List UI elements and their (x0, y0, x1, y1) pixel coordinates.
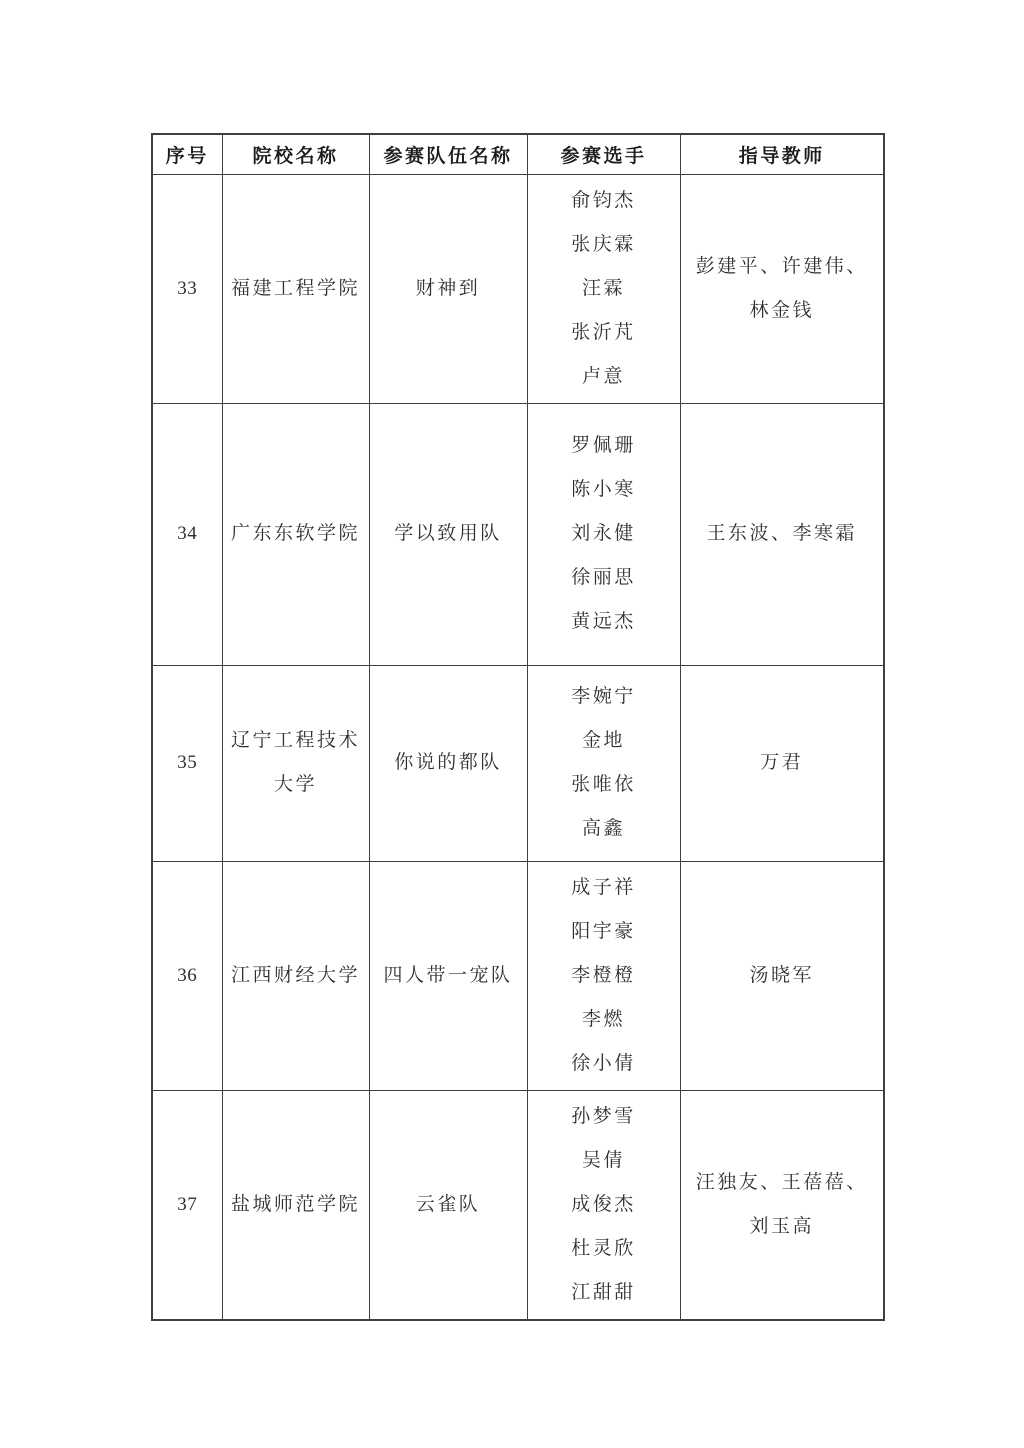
header-players: 参赛选手 (527, 134, 680, 174)
cell-team: 学以致用队 (369, 403, 527, 665)
cell-line: 王东波、李寒霜 (683, 512, 882, 556)
cell-line: 黄远杰 (530, 600, 678, 644)
cell-team: 你说的都队 (369, 665, 527, 861)
cell-line: 37 (155, 1183, 220, 1227)
cell-teachers: 汤晓军 (680, 861, 884, 1090)
cell-line: 陈小寒 (530, 468, 678, 512)
cell-players: 孙梦雪吴倩成俊杰杜灵欣江甜甜 (527, 1090, 680, 1320)
header-index: 序号 (152, 134, 222, 174)
cell-line: 万君 (683, 741, 882, 785)
cell-line: 四人带一宠队 (372, 954, 525, 998)
cell-team: 四人带一宠队 (369, 861, 527, 1090)
cell-team: 财神到 (369, 174, 527, 403)
cell-school: 广东东软学院 (222, 403, 369, 665)
cell-line: 俞钧杰 (530, 179, 678, 223)
cell-players: 俞钧杰张庆霖汪霖张沂芃卢意 (527, 174, 680, 403)
header-team: 参赛队伍名称 (369, 134, 527, 174)
cell-line: 张庆霖 (530, 223, 678, 267)
cell-line: 云雀队 (372, 1183, 525, 1227)
header-school: 院校名称 (222, 134, 369, 174)
cell-line: 福建工程学院 (225, 267, 367, 311)
cell-line: 高鑫 (530, 807, 678, 851)
cell-line: 李燃 (530, 998, 678, 1042)
cell-line: 34 (155, 512, 220, 556)
cell-index: 34 (152, 403, 222, 665)
cell-line: 吴倩 (530, 1139, 678, 1183)
cell-line: 辽宁工程技术 (225, 719, 367, 763)
cell-line: 金地 (530, 719, 678, 763)
cell-line: 大学 (225, 763, 367, 807)
cell-line: 广东东软学院 (225, 512, 367, 556)
cell-line: 35 (155, 741, 220, 785)
roster-table-container: 序号 院校名称 参赛队伍名称 参赛选手 指导教师 33福建工程学院财神到俞钧杰张… (151, 133, 883, 1321)
cell-index: 36 (152, 861, 222, 1090)
cell-players: 罗佩珊陈小寒刘永健徐丽思黄远杰 (527, 403, 680, 665)
header-teachers: 指导教师 (680, 134, 884, 174)
cell-teachers: 彭建平、许建伟、林金钱 (680, 174, 884, 403)
cell-index: 35 (152, 665, 222, 861)
table-header: 序号 院校名称 参赛队伍名称 参赛选手 指导教师 (152, 134, 884, 174)
cell-line: 汤晓军 (683, 954, 882, 998)
cell-line: 李婉宁 (530, 675, 678, 719)
cell-line: 张沂芃 (530, 311, 678, 355)
cell-line: 杜灵欣 (530, 1227, 678, 1271)
cell-line: 林金钱 (683, 289, 882, 333)
cell-line: 刘玉高 (683, 1205, 882, 1249)
cell-line: 学以致用队 (372, 512, 525, 556)
cell-index: 33 (152, 174, 222, 403)
cell-line: 彭建平、许建伟、 (683, 245, 882, 289)
cell-line: 盐城师范学院 (225, 1183, 367, 1227)
cell-team: 云雀队 (369, 1090, 527, 1320)
table-row: 36江西财经大学四人带一宠队成子祥阳宇豪李橙橙李燃徐小倩汤晓军 (152, 861, 884, 1090)
cell-line: 徐丽思 (530, 556, 678, 600)
cell-players: 成子祥阳宇豪李橙橙李燃徐小倩 (527, 861, 680, 1090)
cell-line: 刘永健 (530, 512, 678, 556)
cell-line: 孙梦雪 (530, 1095, 678, 1139)
cell-line: 汪霖 (530, 267, 678, 311)
document-page: 序号 院校名称 参赛队伍名称 参赛选手 指导教师 33福建工程学院财神到俞钧杰张… (0, 0, 1024, 1448)
roster-table: 序号 院校名称 参赛队伍名称 参赛选手 指导教师 33福建工程学院财神到俞钧杰张… (151, 133, 885, 1321)
table-body: 33福建工程学院财神到俞钧杰张庆霖汪霖张沂芃卢意彭建平、许建伟、林金钱34广东东… (152, 174, 884, 1320)
cell-line: 36 (155, 954, 220, 998)
cell-line: 阳宇豪 (530, 910, 678, 954)
cell-line: 财神到 (372, 267, 525, 311)
cell-school: 辽宁工程技术大学 (222, 665, 369, 861)
cell-line: 罗佩珊 (530, 424, 678, 468)
cell-school: 盐城师范学院 (222, 1090, 369, 1320)
table-row: 33福建工程学院财神到俞钧杰张庆霖汪霖张沂芃卢意彭建平、许建伟、林金钱 (152, 174, 884, 403)
cell-line: 汪独友、王蓓蓓、 (683, 1161, 882, 1205)
cell-players: 李婉宁金地张唯依高鑫 (527, 665, 680, 861)
header-row: 序号 院校名称 参赛队伍名称 参赛选手 指导教师 (152, 134, 884, 174)
cell-teachers: 汪独友、王蓓蓓、刘玉高 (680, 1090, 884, 1320)
cell-school: 福建工程学院 (222, 174, 369, 403)
cell-line: 成俊杰 (530, 1183, 678, 1227)
cell-line: 33 (155, 267, 220, 311)
cell-line: 卢意 (530, 355, 678, 399)
cell-line: 江西财经大学 (225, 954, 367, 998)
cell-line: 江甜甜 (530, 1271, 678, 1315)
table-row: 34广东东软学院学以致用队罗佩珊陈小寒刘永健徐丽思黄远杰王东波、李寒霜 (152, 403, 884, 665)
cell-line: 李橙橙 (530, 954, 678, 998)
table-row: 35辽宁工程技术大学你说的都队李婉宁金地张唯依高鑫万君 (152, 665, 884, 861)
cell-line: 你说的都队 (372, 741, 525, 785)
table-row: 37盐城师范学院云雀队孙梦雪吴倩成俊杰杜灵欣江甜甜汪独友、王蓓蓓、刘玉高 (152, 1090, 884, 1320)
cell-teachers: 万君 (680, 665, 884, 861)
cell-line: 张唯依 (530, 763, 678, 807)
cell-line: 成子祥 (530, 866, 678, 910)
cell-teachers: 王东波、李寒霜 (680, 403, 884, 665)
cell-school: 江西财经大学 (222, 861, 369, 1090)
cell-index: 37 (152, 1090, 222, 1320)
cell-line: 徐小倩 (530, 1042, 678, 1086)
